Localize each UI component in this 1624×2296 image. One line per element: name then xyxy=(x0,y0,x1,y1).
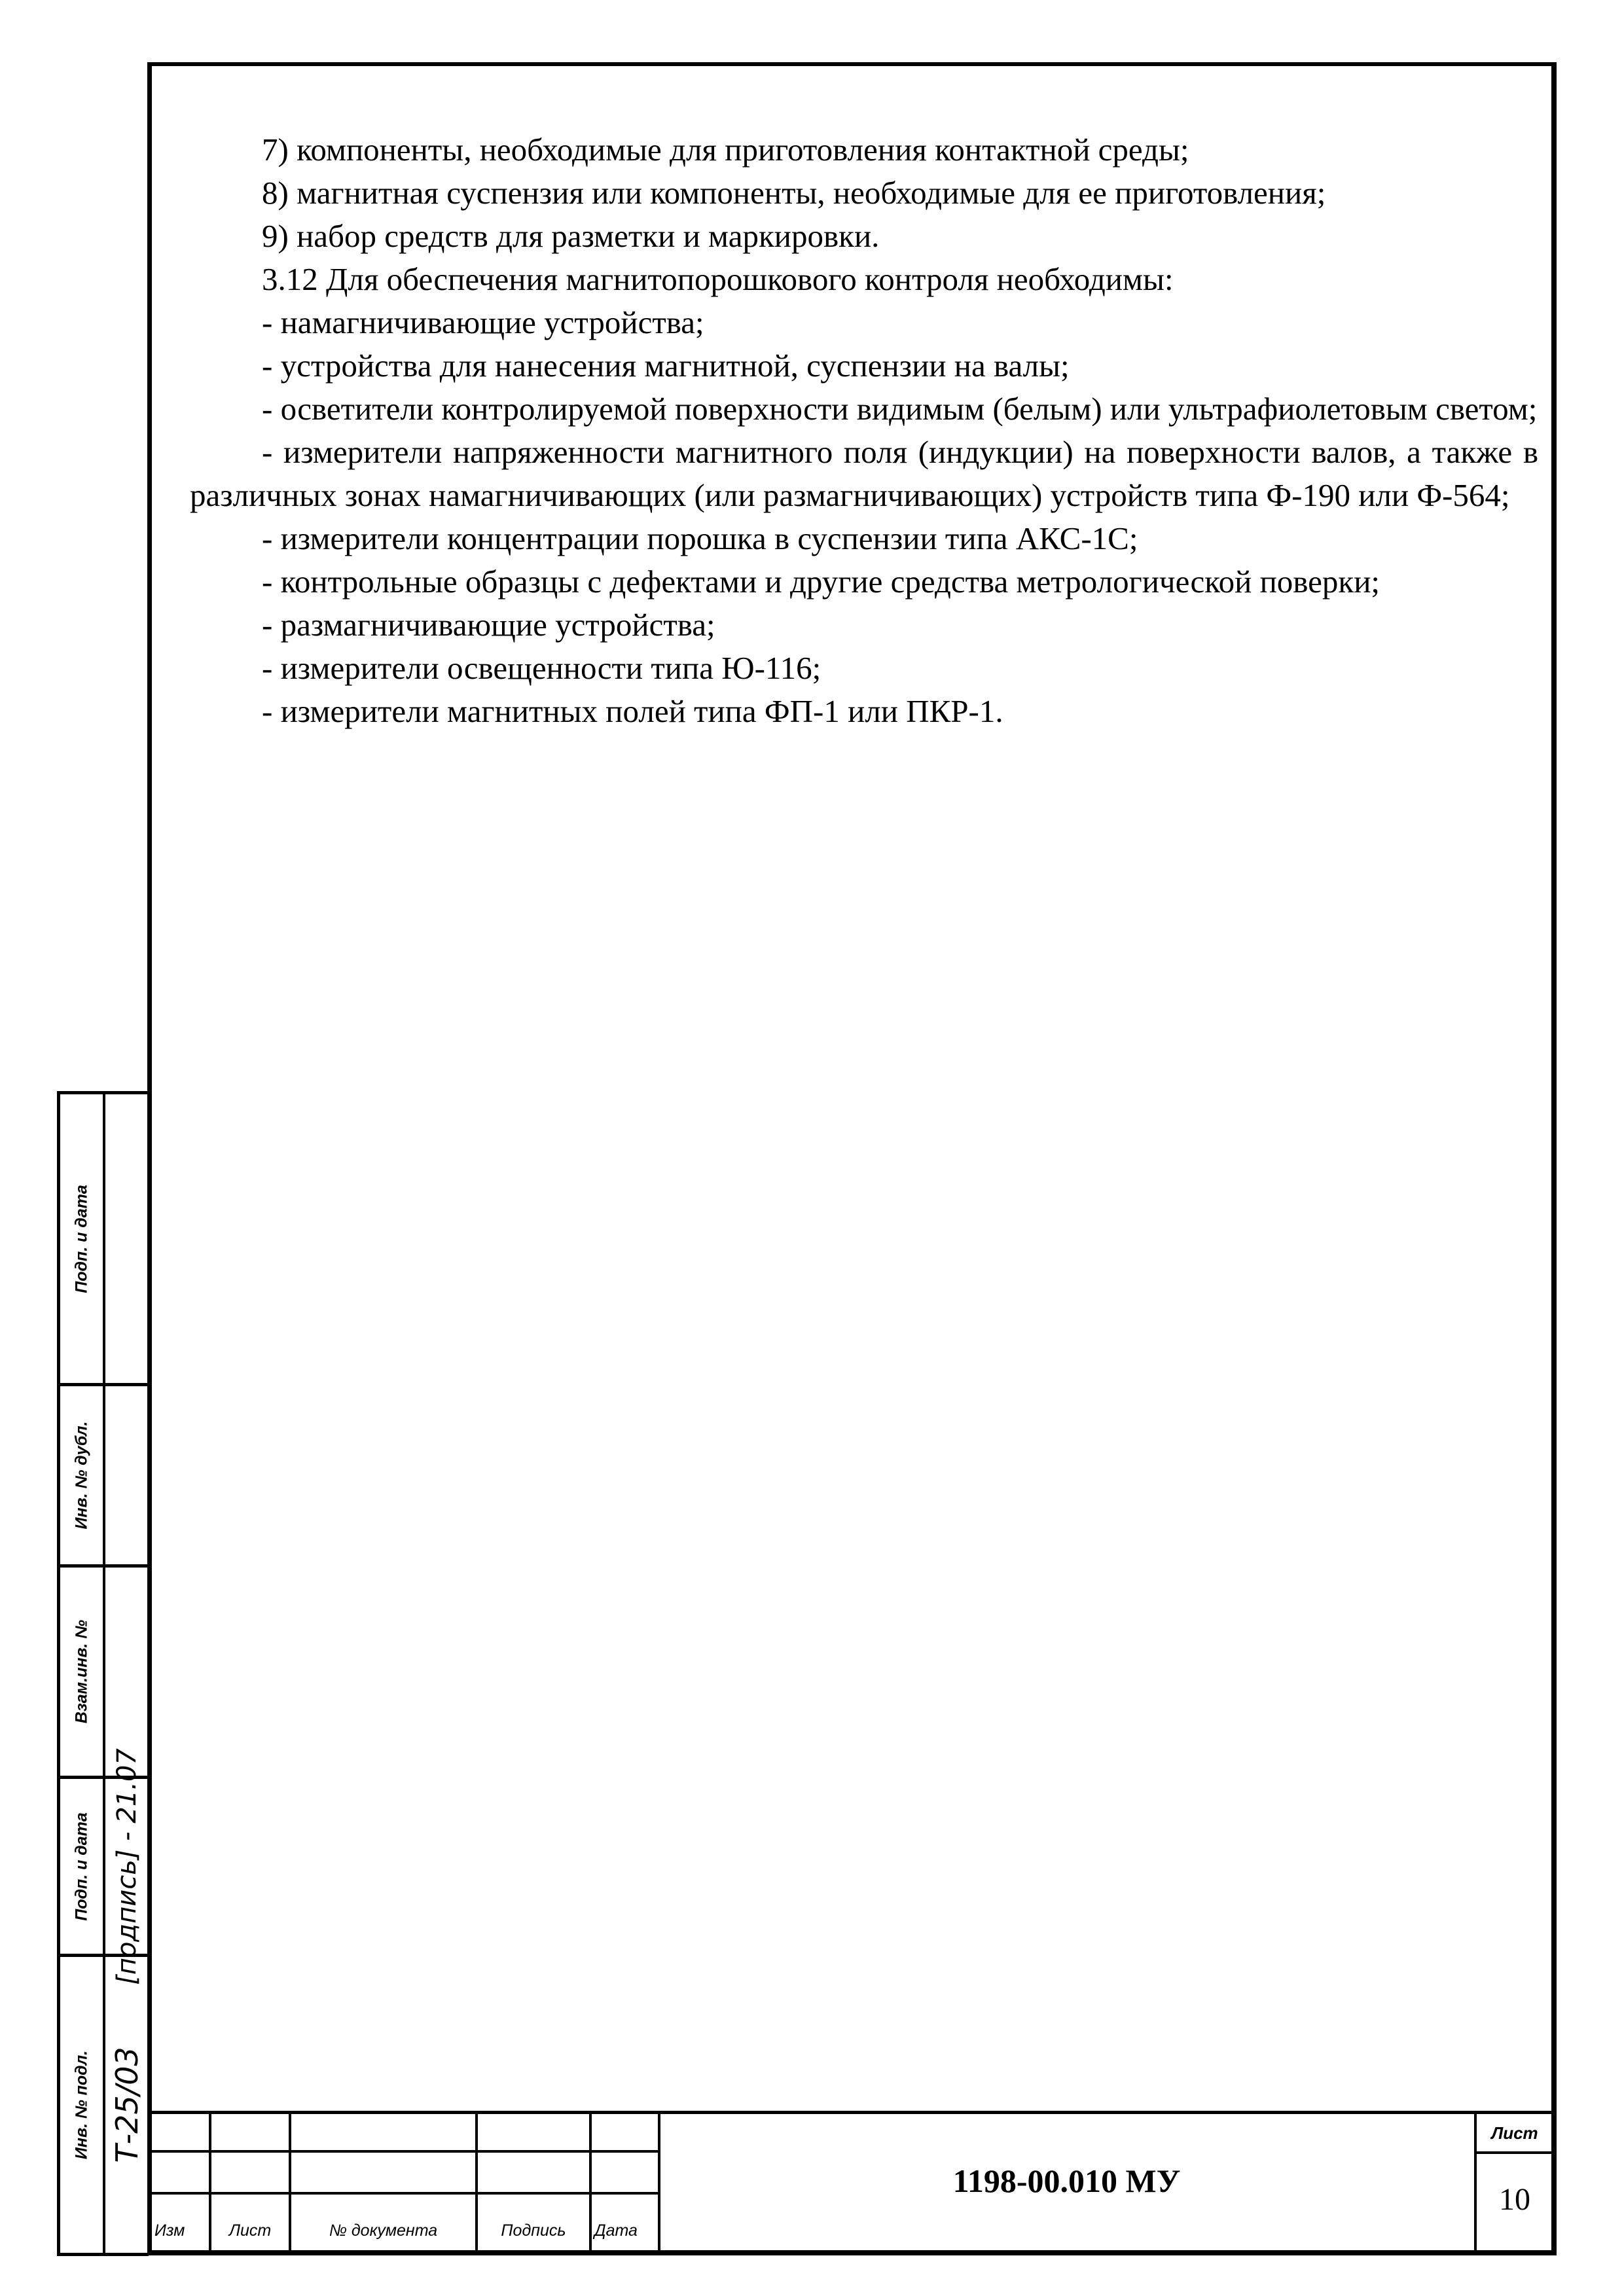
list-item: 9) набор средств для разметки и маркиров… xyxy=(190,215,1538,258)
list-item: - измерители напряженности магнитного по… xyxy=(190,431,1538,517)
side-label-cell: Взам.инв. № xyxy=(57,1564,103,1776)
list-item: - измерители освещенности типа Ю-116; xyxy=(190,647,1538,690)
side-label-cell: Подп. и дата xyxy=(57,1776,103,1954)
list-item: - измерители концентрации порошка в сусп… xyxy=(190,517,1538,560)
section-paragraph: 3.12 Для обеспечения магнитопорошкового … xyxy=(190,258,1538,301)
document-body: 7) компоненты, необходимые для приготовл… xyxy=(190,128,1538,733)
side-value-cell xyxy=(103,1091,149,1383)
handwritten-inventory-number: Т-25/03 xyxy=(109,2047,145,2162)
sheet-number: 10 xyxy=(1477,2154,1553,2246)
title-block-row-line xyxy=(152,2192,659,2195)
side-label-cell: Подп. и дата xyxy=(57,1091,103,1383)
side-value-cell xyxy=(103,1564,149,1776)
header-rev: Изм xyxy=(152,2214,211,2247)
handwritten-signature-date: [подпись] - 21.07 xyxy=(112,1748,142,1985)
side-label-dup-inv: Инв. № дубл. xyxy=(72,1422,91,1530)
side-label-cell: Инв. № дубл. xyxy=(57,1383,103,1564)
side-stamp: Подп. и дата Инв. № дубл. Взам.инв. № По… xyxy=(57,1091,149,2256)
list-item: - контрольные образцы с дефектами и друг… xyxy=(190,560,1538,603)
side-value-cell: [подпись] - 21.07 xyxy=(103,1776,149,1954)
side-label-replace-inv: Взам.инв. № xyxy=(72,1620,91,1723)
side-label-sign-date-2: Подп. и дата xyxy=(72,1812,91,1921)
header-date: Дата xyxy=(592,2214,660,2247)
header-doc-number: № документа xyxy=(291,2214,475,2247)
side-label-original-inv: Инв. № подл. xyxy=(72,2051,91,2159)
list-item: 7) компоненты, необходимые для приготовл… xyxy=(190,128,1538,171)
side-value-cell xyxy=(103,1383,149,1564)
list-item: - осветители контролируемой поверхности … xyxy=(190,387,1538,431)
list-item: - намагничивающие устройства; xyxy=(190,301,1538,344)
header-sheet: Лист xyxy=(211,2214,289,2247)
header-signature: Подпись xyxy=(478,2214,589,2247)
list-item: 8) магнитная суспензия или компоненты, н… xyxy=(190,171,1538,215)
sheet-label: Лист xyxy=(1477,2114,1553,2152)
list-item: - измерители магнитных полей типа ФП-1 и… xyxy=(190,690,1538,733)
title-block: Изм Лист № документа Подпись Дата 1198-0… xyxy=(152,2111,1553,2251)
side-label-sign-date: Подп. и дата xyxy=(72,1185,91,1293)
title-block-row-line xyxy=(152,2150,659,2153)
document-number: 1198-00.010 МУ xyxy=(659,2111,1474,2251)
side-value-cell: Т-25/03 xyxy=(103,1954,149,2256)
side-label-cell: Инв. № подл. xyxy=(57,1954,103,2256)
list-item: - размагничивающие устройства; xyxy=(190,603,1538,647)
list-item: - устройства для нанесения магнитной, су… xyxy=(190,344,1538,387)
